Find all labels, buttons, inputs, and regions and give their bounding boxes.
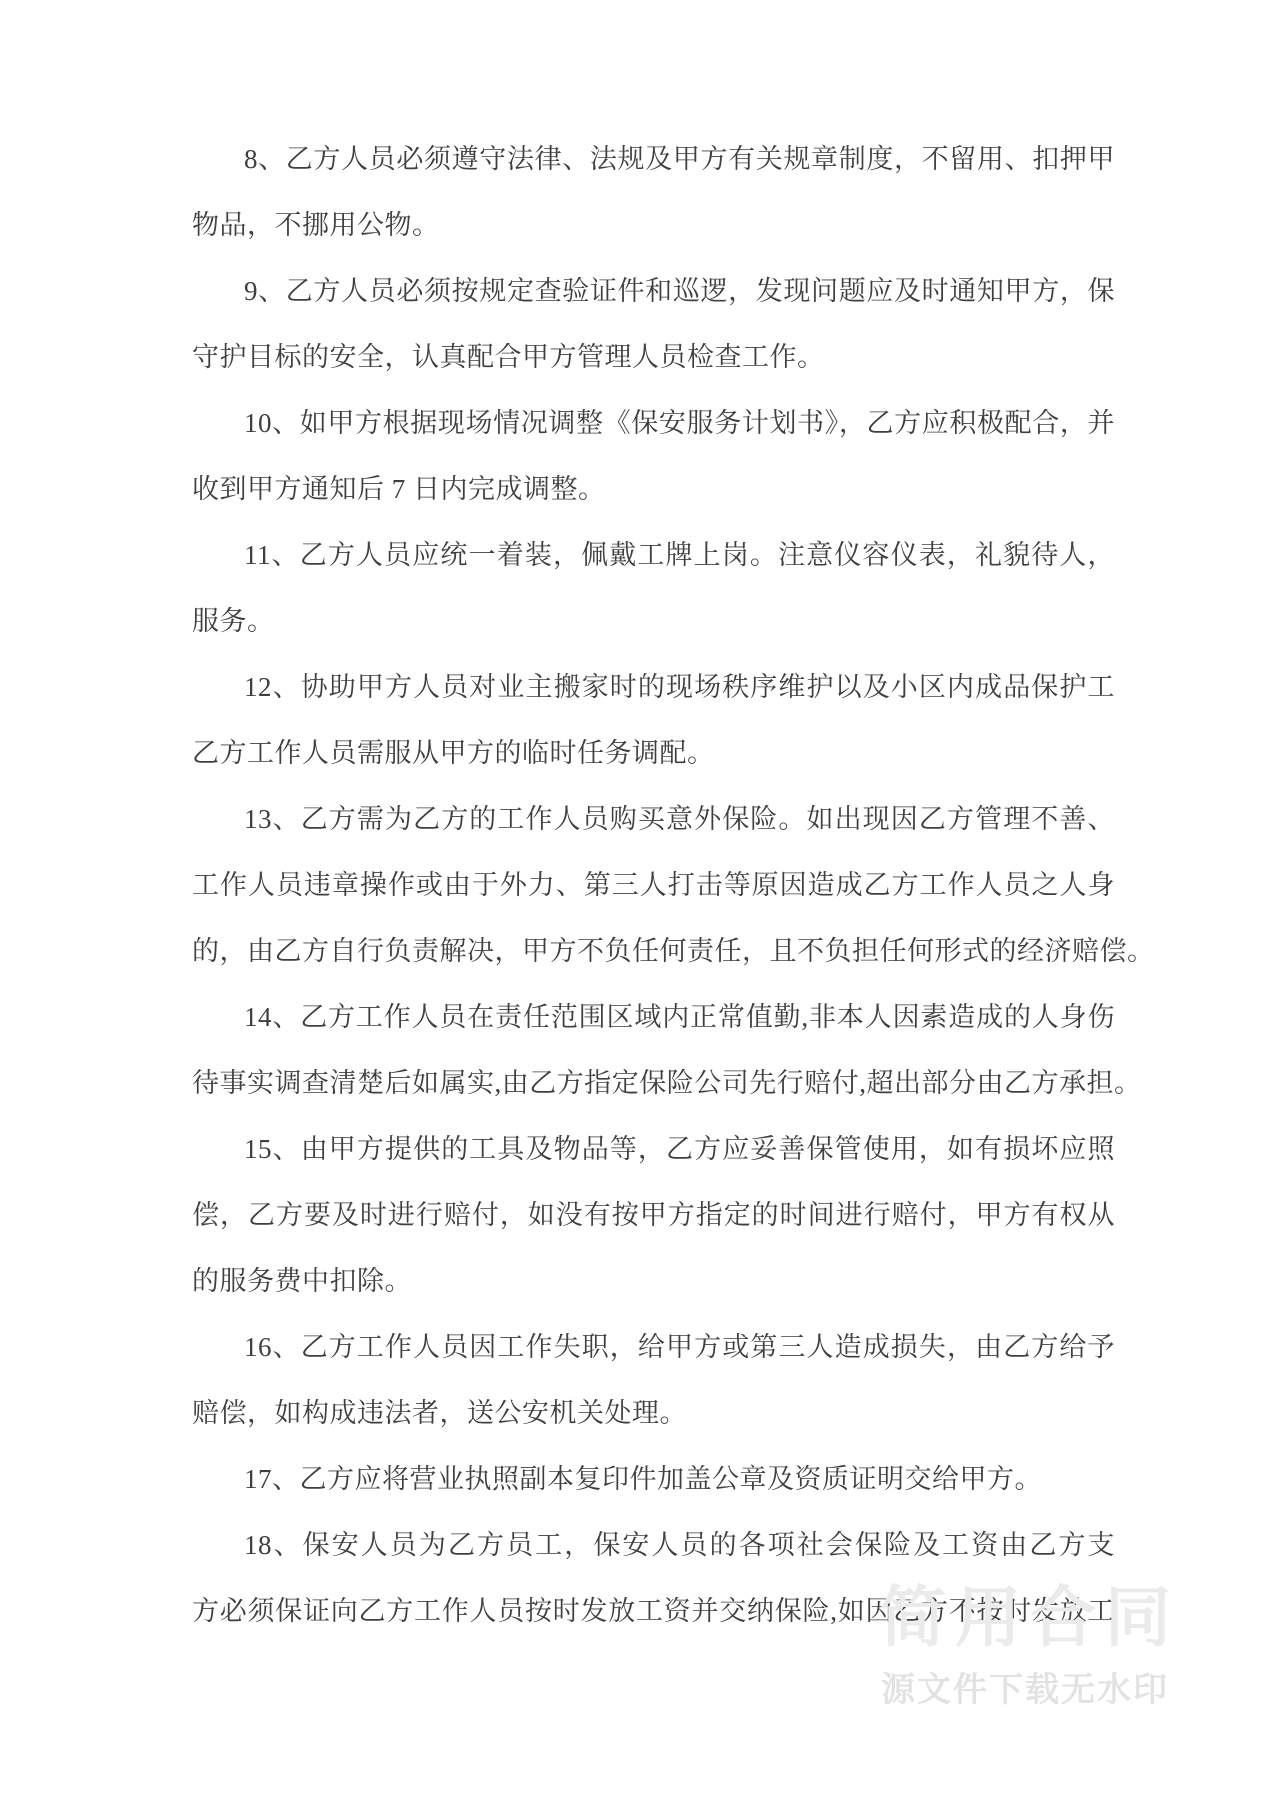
text-line: 乙方工作人员需服从甲方的临时任务调配。 [192,720,1115,786]
text-line: 物品，不挪用公物。 [192,192,1115,258]
watermark-brand-text: 简用合同 [880,1577,1180,1657]
text-line: 偿，乙方要及时进行赔付，如没有按甲方指定的时间进行赔付，甲方有权从当月 [192,1182,1115,1248]
document-page: 8、乙方人员必须遵守法律、法规及甲方有关规章制度，不留用、扣押甲方物品，不挪用公… [0,0,1280,1810]
text-line: 守护目标的安全，认真配合甲方管理人员检查工作。 [192,324,1115,390]
text-line: 18、保安人员为乙方员工，保安人员的各项社会保险及工资由乙方支付，乙 [192,1512,1115,1578]
text-line: 的服务费中扣除。 [192,1248,1115,1314]
text-line: 收到甲方通知后 7 日内完成调整。 [192,456,1115,522]
text-line: 9、乙方人员必须按规定查验证件和巡逻，发现问题应及时通知甲方，保证 [192,258,1115,324]
text-line: 待事实调查清楚后如属实,由乙方指定保险公司先行赔付,超出部分由乙方承担。 [192,1050,1115,1116]
text-line: 8、乙方人员必须遵守法律、法规及甲方有关规章制度，不留用、扣押甲方 [192,126,1115,192]
text-line: 赔偿，如构成违法者，送公安机关处理。 [192,1380,1115,1446]
text-line: 12、协助甲方人员对业主搬家时的现场秩序维护以及小区内成品保护工作， [192,654,1115,720]
text-line: 11、乙方人员应统一着装，佩戴工牌上岗。注意仪容仪表，礼貌待人，微笑 [192,522,1115,588]
text-line: 14、乙方工作人员在责任范围区域内正常值勤,非本人因素造成的人身伤亡, [192,984,1115,1050]
text-line: 工作人员违章操作或由于外力、第三人打击等原因造成乙方工作人员之人身伤亡 [192,852,1115,918]
watermark-tagline-text: 源文件下载无水印 [881,1668,1169,1712]
text-line: 17、乙方应将营业执照副本复印件加盖公章及资质证明交给甲方。 [192,1446,1115,1512]
text-line: 服务。 [192,588,1115,654]
text-line: 16、乙方工作人员因工作失职，给甲方或第三人造成损失，由乙方给予经济 [192,1314,1115,1380]
contract-clauses: 8、乙方人员必须遵守法律、法规及甲方有关规章制度，不留用、扣押甲方物品，不挪用公… [192,126,1115,1644]
text-line: 15、由甲方提供的工具及物品等，乙方应妥善保管使用，如有损坏应照价赔 [192,1116,1115,1182]
text-line: 13、乙方需为乙方的工作人员购买意外保险。如出现因乙方管理不善、乙方 [192,786,1115,852]
text-line: 10、如甲方根据现场情况调整《保安服务计划书》，乙方应积极配合，并在 [192,390,1115,456]
text-line: 的，由乙方自行负责解决，甲方不负任何责任，且不负担任何形式的经济赔偿。 [192,918,1115,984]
